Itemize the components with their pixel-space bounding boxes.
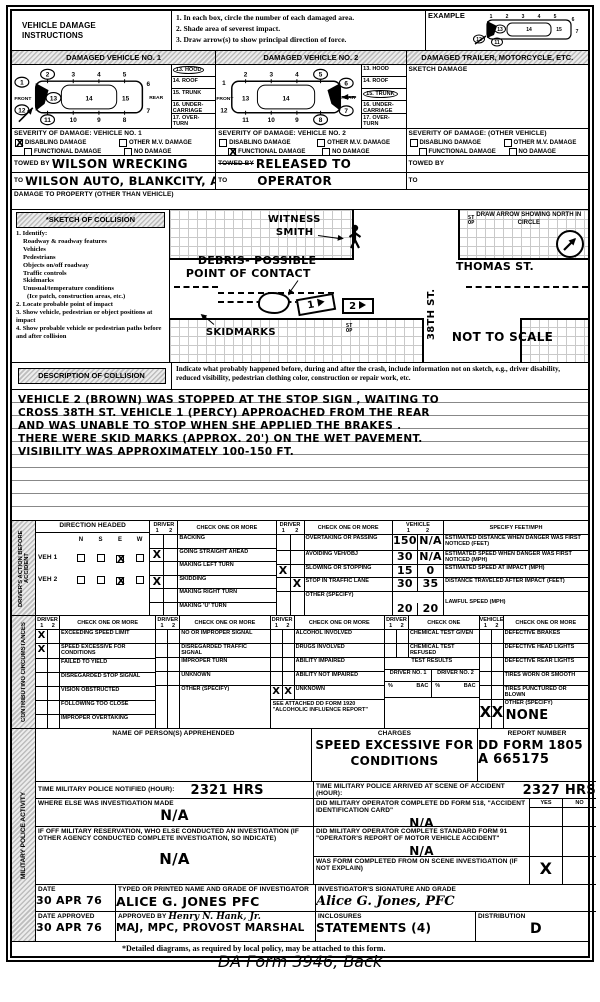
see-attached-dd1920-note: SEE ATTACHED DD FORM 1920 "ALCOHOLIC INF…: [271, 700, 384, 728]
contributing-section: CONTRIBUTING CIRCUMSTANCES DRIVER12CHECK…: [12, 616, 588, 729]
list-item-hood-circled[interactable]: 13. HOOD: [173, 66, 205, 74]
charges-value[interactable]: SPEED EXCESSIVE FOR CONDITIONS: [312, 738, 477, 769]
example-car-diagram: 1 2 3 4 5 6 7 13 14 15 12 11: [467, 11, 585, 47]
checkbox-d1[interactable]: [36, 715, 48, 728]
description-header-row: DESCRIPTION OF COLLISION Indicate what p…: [12, 363, 588, 390]
description-of-collision-header: DESCRIPTION OF COLLISION: [18, 368, 166, 384]
action-label: SLOWING OR STOPPING: [305, 565, 392, 578]
checkbox-v1[interactable]: [480, 630, 492, 643]
driver-header: DRIVER: [150, 521, 177, 528]
debris-label-line1: DEBRIS- POSSIBLE: [198, 254, 316, 267]
checkbox-d1[interactable]: [277, 535, 291, 550]
checkbox-d2[interactable]: [164, 549, 178, 562]
circumstance-label: IMPROPER TURN: [180, 658, 269, 671]
vehicle-2-value[interactable]: 35: [418, 578, 443, 591]
checkbox-d2[interactable]: [48, 715, 60, 728]
svg-text:8: 8: [319, 117, 323, 124]
onscene-no-box[interactable]: [563, 857, 596, 884]
circumstance-label: FAILED TO YIELD: [60, 659, 155, 672]
towed-by-value-v2[interactable]: RELEASED TO: [256, 157, 351, 171]
towed-by-label-struck: TOWED BY: [216, 159, 256, 168]
chem-blank-area: [385, 698, 479, 728]
time-notified-value[interactable]: 2321 HRS: [190, 783, 263, 798]
property-damage-row: DAMAGE TO PROPERTY (OTHER THAN VEHICLE): [12, 190, 588, 210]
onscene-yes-box[interactable]: X: [530, 857, 563, 884]
action-label: STOP IN TRAFFIC LANE: [305, 578, 392, 591]
north-arrow-note: DRAW ARROW SHOWING NORTH IN CIRCLE: [470, 212, 588, 228]
investigator-signature[interactable]: Alice G. Jones, PFC: [316, 894, 596, 909]
vehicle-1-area-list: 13. HOOD 14. ROOF 15. TRUNK 16. UNDER-CA…: [172, 65, 216, 128]
form-title: VEHICLE DAMAGE INSTRUCTIONS: [20, 20, 110, 40]
check-one-or-more-header: CHECK ONE OR MORE: [305, 521, 392, 534]
inclosures-label: INCLOSURES: [316, 912, 475, 921]
svg-text:5: 5: [123, 72, 127, 79]
checkbox-d2[interactable]: [48, 673, 60, 686]
list-item-overturn[interactable]: 17. OVER-TURN: [172, 114, 215, 126]
sketch-instr: Pedestrians: [16, 254, 167, 262]
sf91-no-box[interactable]: [563, 827, 596, 856]
instruction-1: 1. In each box, circle the number of eac…: [176, 13, 421, 24]
form-caption: DA Form 3946, Back: [0, 952, 600, 971]
description-line-empty[interactable]: [12, 494, 588, 507]
compass-s: S: [91, 533, 111, 547]
checkbox-d2[interactable]: [164, 589, 178, 602]
defect-label: DEFECTIVE HEAD LIGHTS: [504, 644, 588, 657]
checkbox-d2[interactable]: [168, 658, 180, 671]
distribution-label: DISTRIBUTION: [476, 912, 596, 921]
svg-text:13: 13: [497, 27, 503, 33]
damaged-vehicle-2-header: DAMAGED VEHICLE NO. 2: [216, 51, 406, 64]
svg-text:10: 10: [70, 117, 78, 124]
description-line-empty[interactable]: [12, 468, 588, 481]
svg-text:2: 2: [244, 72, 248, 79]
checkbox-d1[interactable]: [36, 701, 48, 714]
checkbox-d2[interactable]: X: [291, 578, 305, 591]
action-label: MAKING LEFT TURN: [178, 562, 275, 575]
vehicle-2-area-list: 13. HOOD 14. ROOF 15. TRUNK 16. UNDER-CA…: [362, 65, 406, 128]
sketch-instr: (Ice patch, construction areas, etc.): [16, 293, 167, 301]
list-item-roof[interactable]: 14. ROOF: [362, 77, 405, 89]
sketch-instr: 1. Identify:: [16, 230, 167, 238]
defect-label: DEFECTIVE REAR LIGHTS: [504, 658, 588, 671]
checkbox-d1[interactable]: [271, 630, 283, 643]
checkbox-d2[interactable]: [164, 535, 178, 548]
checkbox-d1[interactable]: X: [271, 686, 283, 699]
chemical-test-label: CHEMICAL TEST REFUSED: [409, 644, 479, 657]
veh1-label: VEH 1: [36, 553, 71, 562]
svg-text:3: 3: [270, 72, 274, 79]
svg-text:1: 1: [490, 14, 493, 20]
svg-text:12: 12: [220, 107, 228, 114]
debris-label-line2: POINT OF CONTACT: [186, 267, 311, 280]
veh1-north-checkbox[interactable]: [77, 554, 85, 562]
collision-sketch-canvas[interactable]: WITNESS SMITH DEBRIS- POSSIBLE POINT OF …: [170, 210, 588, 362]
severity-v1-title: SEVERITY OF DAMAGE: VEHICLE NO. 1: [12, 129, 215, 138]
checkbox-d2[interactable]: [164, 576, 178, 589]
report-number-line1[interactable]: DD FORM 1805: [478, 738, 596, 752]
checkbox-d2[interactable]: [397, 630, 409, 643]
svg-text:6: 6: [345, 81, 349, 88]
circumstance-label: NO OR IMPROPER SIGNAL: [180, 630, 269, 643]
skidmarks-label: SKIDMARKS: [206, 327, 276, 338]
description-lines: VEHICLE 2 (BROWN) WAS STOPPED AT THE STO…: [12, 390, 588, 521]
report-number-header: REPORT NUMBER: [478, 729, 596, 738]
off-reservation-label: IF OFF MILITARY RESERVATION, WHO ELSE CO…: [36, 827, 313, 844]
towed-to-row: TO WILSON AUTO, BLANKCITY, AL TO OPERATO…: [12, 173, 588, 190]
distribution-value[interactable]: D: [476, 921, 596, 937]
functional-damage-label: FUNCTIONAL DAMAGE: [238, 148, 305, 155]
list-item-trunk[interactable]: 15. TRUNK: [172, 89, 215, 101]
svg-text:4: 4: [97, 72, 101, 79]
functional-damage-checkbox[interactable]: X: [228, 148, 236, 155]
vehicle-header: VEHICLE: [393, 521, 443, 528]
svg-text:7: 7: [576, 29, 579, 35]
drivers-action-strip-label: DRIVER'S ACTION BEFORE ACCIDENT: [18, 522, 30, 615]
checkbox-d2[interactable]: [164, 562, 178, 575]
list-item-hood[interactable]: 13. HOOD: [362, 65, 405, 77]
veh1-west-checkbox[interactable]: [136, 554, 144, 562]
vehicle-1-value[interactable]: 150: [393, 535, 418, 550]
checkbox-v1[interactable]: [480, 686, 492, 699]
towed-by-value-v1[interactable]: WILSON WRECKING: [52, 157, 188, 171]
dd518-yes-box[interactable]: [530, 808, 562, 822]
functional-damage-label: FUNCTIONAL DAMAGE: [429, 148, 496, 155]
vehicle-1-damage-diagram[interactable]: 1 2 3 4 5 6 FRONT 13 14 15 REAR 12 11 10…: [12, 65, 172, 127]
towed-by-label: TOWED BY: [12, 159, 52, 168]
circumstance-label: FOLLOWING TOO CLOSE: [60, 701, 155, 714]
no-damage-checkbox[interactable]: [322, 148, 330, 155]
svg-text:9: 9: [97, 117, 101, 124]
checkbox-v2[interactable]: [492, 686, 504, 699]
driver-header: DRIVER: [271, 616, 294, 623]
disabling-damage-checkbox[interactable]: [219, 139, 227, 147]
functional-damage-checkbox[interactable]: [24, 148, 32, 155]
not-to-scale-label: NOT TO SCALE: [452, 330, 553, 344]
approved-by-label: APPROVED BY: [116, 912, 168, 922]
checkbox-d1[interactable]: [156, 644, 168, 657]
yes-header: YES: [530, 799, 562, 808]
no-header: NO: [563, 799, 596, 808]
time-arrived-value[interactable]: 2327 HRS: [523, 783, 596, 798]
checkbox-d1[interactable]: X: [36, 644, 48, 658]
description-line-empty[interactable]: [12, 481, 588, 494]
veh2-west-checkbox[interactable]: [136, 576, 144, 584]
checkbox-v1[interactable]: [480, 658, 492, 671]
sf91-yes-box[interactable]: [530, 827, 563, 856]
vehicle-1-value[interactable]: 30: [393, 551, 418, 564]
example-label: EXAMPLE: [426, 11, 467, 50]
checkbox-d1[interactable]: [36, 659, 48, 672]
vehicle-2-value[interactable]: N/A: [418, 535, 443, 550]
instructions-row: VEHICLE DAMAGE INSTRUCTIONS 1. In each b…: [12, 11, 588, 51]
checkbox-v2[interactable]: [492, 630, 504, 643]
circumstance-label: OTHER (SPECIFY): [180, 686, 269, 728]
off-reservation-value[interactable]: N/A: [36, 850, 313, 868]
specify-label: ESTIMATED SPEED WHEN DANGER WAS FIRST NO…: [444, 551, 588, 564]
checkbox-d1[interactable]: [277, 592, 291, 616]
date-value[interactable]: 30 APR 76: [36, 894, 115, 907]
action-label: SKIDDING: [178, 576, 275, 589]
specify-label: ESTIMATED SPEED AT IMPACT (MPH): [444, 565, 588, 578]
checkbox-d1[interactable]: [156, 630, 168, 643]
where-else-label: WHERE ELSE WAS INVESTIGATION MADE: [36, 799, 313, 808]
checkbox-d2[interactable]: [397, 644, 409, 657]
description-instructions: Indicate what probably happened before, …: [172, 363, 588, 389]
to-value-v1[interactable]: WILSON AUTO, BLANKCITY, AL: [25, 174, 216, 188]
checkbox-d1[interactable]: [150, 562, 164, 575]
no-damage-label: NO DAMAGE: [332, 148, 369, 155]
checkbox-d1[interactable]: [156, 672, 168, 685]
checkbox-d2[interactable]: [168, 630, 180, 643]
checkbox-d2[interactable]: [291, 551, 305, 564]
checkbox-d2[interactable]: [168, 686, 180, 728]
checkbox-d2[interactable]: [48, 701, 60, 714]
checkbox-d1[interactable]: [150, 603, 164, 616]
checkbox-v2[interactable]: [492, 644, 504, 657]
sketch-instr: Traffic controls: [16, 270, 167, 278]
list-item-undercarriage[interactable]: 16. UNDER-CARRIAGE: [362, 101, 405, 114]
svg-text:15: 15: [122, 95, 130, 102]
checkbox-v2[interactable]: [492, 658, 504, 671]
checkbox-d2[interactable]: [291, 535, 305, 550]
sketch-instr: 2. Locate probable point of impact: [16, 301, 167, 309]
checkbox-d2[interactable]: [48, 630, 60, 643]
veh2-south-checkbox[interactable]: [97, 576, 105, 584]
witness-arrow: [318, 235, 342, 239]
sketch-instr: Unusual/temperature conditions: [16, 285, 167, 293]
test-results-header: TEST RESULTS: [385, 658, 479, 669]
checkbox-d1[interactable]: [277, 578, 291, 591]
other-mv-damage-checkbox[interactable]: [504, 139, 512, 147]
checkbox-d1[interactable]: [271, 658, 283, 671]
disabling-damage-checkbox[interactable]: [410, 139, 418, 147]
circumstance-label: EXCEEDING SPEED LIMIT: [60, 630, 155, 643]
percent-label: %: [434, 683, 455, 696]
sketch-of-collision-header: *SKETCH OF COLLISION: [16, 212, 165, 228]
checkbox-d1[interactable]: X: [150, 549, 164, 562]
checkbox-d1[interactable]: [36, 673, 48, 686]
other-specify-value[interactable]: NONE: [504, 708, 588, 723]
checkbox-v2-other[interactable]: X: [492, 700, 504, 728]
svg-text:2: 2: [506, 14, 509, 20]
date-approved-label: DATE APPROVED: [36, 912, 115, 921]
compass-n: N: [71, 533, 91, 547]
circumstance-label: ALCOHOL INVOLVED: [295, 630, 384, 643]
description-line-empty[interactable]: [12, 507, 588, 520]
investigator-name-label: TYPED OR PRINTED NAME AND GRADE OF INVES…: [116, 885, 315, 894]
svg-text:4: 4: [295, 72, 299, 79]
other-mv-damage-checkbox[interactable]: [317, 139, 325, 147]
report-number-line2[interactable]: A 665175: [478, 752, 596, 767]
approved-by-value[interactable]: MAJ, MPC, PROVOST MARSHAL: [116, 922, 315, 934]
checkbox-d2[interactable]: [291, 592, 305, 616]
driver-header: DRIVER: [156, 616, 179, 623]
svg-text:11: 11: [242, 117, 249, 124]
list-item-undercarriage[interactable]: 16. UNDER-CARRIAGE: [172, 101, 215, 114]
north-arrow-circle[interactable]: [554, 228, 586, 260]
inclosures-value[interactable]: STATEMENTS (4): [316, 921, 475, 935]
investigator-name-value[interactable]: ALICE G. JONES PFC: [116, 894, 315, 909]
vehicle-2-damage-diagram[interactable]: 1 2 3 4 5 6 FRONT 13 14 REAR 12 11 10 9 …: [216, 65, 362, 127]
vehicle-2-value[interactable]: 0: [418, 565, 443, 578]
svg-text:13: 13: [50, 95, 58, 102]
no-damage-checkbox[interactable]: [509, 148, 517, 155]
circumstance-label: SPEED EXCESSIVE FOR CONDITIONS: [60, 644, 155, 658]
dd518-label: DID MILITARY OPERATOR COMPLETE DD FORM 5…: [314, 799, 529, 816]
svg-text:10: 10: [268, 117, 276, 124]
veh2-north-checkbox[interactable]: [77, 576, 85, 584]
checkbox-d1[interactable]: [271, 672, 283, 685]
checkbox-d1[interactable]: X: [277, 565, 291, 578]
checkbox-d1[interactable]: [271, 644, 283, 657]
other-mv-damage-label: OTHER M.V. DAMAGE: [514, 139, 577, 147]
specify-label: ESTIMATED DISTANCE WHEN DANGER WAS FIRST…: [444, 535, 588, 550]
checkbox-d1[interactable]: [385, 644, 397, 657]
sketch-instr: Objects on/off roadway: [16, 262, 167, 270]
disabling-damage-checkbox[interactable]: X: [15, 139, 23, 147]
checkbox-d2[interactable]: [48, 659, 60, 672]
action-label: BACKING: [178, 535, 275, 548]
vehicle-2-value[interactable]: N/A: [418, 551, 443, 564]
investigator-signature-label: INVESTIGATOR'S SIGNATURE AND GRADE: [316, 885, 596, 894]
checkbox-d2[interactable]: [48, 687, 60, 700]
svg-text:REAR: REAR: [341, 95, 355, 101]
svg-text:14: 14: [283, 95, 291, 102]
witness-label-line2: SMITH: [276, 227, 314, 238]
action-label: OVERTAKING OR PASSING: [305, 535, 392, 550]
checkbox-d1[interactable]: [150, 589, 164, 602]
form-border: VEHICLE DAMAGE INSTRUCTIONS 1. In each b…: [6, 5, 594, 962]
list-item-roof[interactable]: 14. ROOF: [172, 77, 215, 89]
svg-text:7: 7: [147, 108, 151, 115]
date-label: DATE: [36, 885, 115, 894]
checkbox-d2[interactable]: [164, 603, 178, 616]
sketch-damage-area[interactable]: [407, 74, 588, 118]
svg-text:15: 15: [556, 27, 562, 33]
specify-header: SPECIFY FEET/MPH: [444, 521, 588, 534]
checkbox-d1[interactable]: [156, 658, 168, 671]
svg-text:6: 6: [147, 81, 151, 88]
action-label: OTHER (SPECIFY): [305, 592, 392, 616]
damaged-vehicle-1-header: DAMAGED VEHICLE NO. 1: [12, 51, 216, 64]
specify-label: DISTANCE TRAVELED AFTER IMPACT (FEET): [444, 578, 588, 591]
defect-label: TIRES PUNCTURED OR BLOWN: [504, 686, 588, 699]
svg-text:12: 12: [18, 107, 26, 114]
action-label: MAKING 'U' TURN: [178, 603, 275, 616]
vehicle-1-value[interactable]: 15: [393, 565, 418, 578]
veh2-label: VEH 2: [36, 575, 71, 584]
checkbox-d2[interactable]: [283, 672, 295, 685]
where-else-value[interactable]: N/A: [36, 808, 313, 824]
checkbox-d1[interactable]: [156, 686, 168, 728]
sketch-section: *SKETCH OF COLLISION 1. Identify: Roadwa…: [12, 210, 588, 363]
approved-by-signature[interactable]: Henry N. Hank, Jr.: [168, 912, 260, 922]
charges-header: CHARGES: [312, 729, 477, 738]
functional-damage-checkbox[interactable]: [419, 148, 427, 155]
drivers-action-section: DRIVER'S ACTION BEFORE ACCIDENT DIRECTIO…: [12, 521, 588, 616]
checkbox-d2[interactable]: [48, 644, 60, 658]
checkbox-v1[interactable]: [480, 672, 492, 685]
svg-text:5: 5: [319, 72, 323, 79]
checkbox-d1[interactable]: [36, 687, 48, 700]
section-headers: DAMAGED VEHICLE NO. 1 DAMAGED VEHICLE NO…: [12, 51, 588, 65]
sketch-vehicle-2: 2: [342, 298, 374, 314]
checkbox-d2[interactable]: [168, 644, 180, 657]
dd518-value[interactable]: N/A: [314, 816, 529, 826]
time-arrived-label: TIME MILITARY POLICE ARRIVED AT SCENE OF…: [314, 782, 523, 798]
svg-text:7: 7: [345, 108, 349, 115]
da-form-3946-back: VEHICLE DAMAGE INSTRUCTIONS 1. In each b…: [0, 0, 600, 1002]
sf91-value[interactable]: N/A: [314, 844, 529, 858]
svg-text:3: 3: [71, 72, 75, 79]
svg-text:8: 8: [123, 117, 127, 124]
sf91-label: DID MILITARY OPERATOR COMPLETE STANDARD …: [314, 827, 529, 844]
check-one-or-more-header: CHECK ONE OR MORE: [60, 616, 155, 629]
no-damage-checkbox[interactable]: [124, 148, 132, 155]
other-mv-damage-checkbox[interactable]: [119, 139, 127, 147]
list-item-overturn[interactable]: 17. OVER-TURN: [362, 114, 405, 126]
veh2-east-checkbox[interactable]: X: [116, 577, 124, 585]
sketch-instr: 3. Show vehicle, pedestrian or object po…: [16, 309, 167, 325]
witness-stick-figure: [348, 224, 362, 250]
svg-text:14: 14: [85, 95, 93, 102]
checkbox-v1-other[interactable]: X: [480, 700, 492, 728]
centerline-west: [174, 286, 218, 288]
vehicle-1-value[interactable]: 20: [393, 603, 418, 615]
sketch-damage-label: SKETCH DAMAGE: [407, 65, 588, 74]
instruction-2: 2. Shade area of severest impact.: [176, 24, 421, 35]
checkbox-d2[interactable]: [283, 644, 295, 657]
checkbox-d1[interactable]: X: [36, 630, 48, 643]
list-item-trunk-circled[interactable]: 15. TRUNK: [363, 90, 397, 98]
to-value-v2[interactable]: OPERATOR: [257, 174, 332, 188]
checkbox-v2[interactable]: [492, 672, 504, 685]
veh1-east-checkbox[interactable]: X: [116, 555, 124, 563]
to-label: TO: [216, 176, 229, 185]
checkbox-d1[interactable]: X: [150, 576, 164, 589]
date-approved-value[interactable]: 30 APR 76: [36, 921, 115, 934]
checkbox-d2[interactable]: [168, 672, 180, 685]
checkbox-d1[interactable]: [150, 535, 164, 548]
driver-header: DRIVER: [385, 616, 408, 623]
checkbox-d2[interactable]: [291, 565, 305, 578]
svg-text:11: 11: [494, 40, 500, 46]
checkbox-d2[interactable]: [283, 658, 295, 671]
instruction-3: 3. Draw arrow(s) to show principal direc…: [176, 35, 421, 46]
driver-no-1-header: DRIVER NO. 1: [385, 670, 432, 681]
checkbox-d2[interactable]: [283, 630, 295, 643]
stop-sign-south: STOP: [346, 324, 354, 334]
debris-blob: [258, 292, 290, 314]
checkbox-d1[interactable]: [277, 551, 291, 564]
svg-text:1: 1: [20, 80, 24, 87]
time-notified-label: TIME MILITARY POLICE NOTIFIED (HOUR):: [36, 785, 176, 794]
description-line[interactable]: VISIBILITY WAS APPROXIMATELY 100-150 FT.: [18, 446, 294, 458]
checkbox-v1[interactable]: [480, 644, 492, 657]
chemical-test-label: CHEMICAL TEST GIVEN: [409, 630, 479, 643]
vehicle-1-value[interactable]: 30: [393, 578, 418, 591]
check-one-or-more-header: CHECK ONE OR MORE: [504, 616, 588, 629]
sketch-instr: Skidmarks: [16, 277, 167, 285]
veh1-south-checkbox[interactable]: [97, 554, 105, 562]
property-damage-label: DAMAGE TO PROPERTY (OTHER THAN VEHICLE): [12, 190, 588, 199]
other-specify-label: OTHER (SPECIFY): [504, 700, 588, 708]
dd518-no-box[interactable]: [563, 808, 596, 822]
checkbox-d1[interactable]: [385, 630, 397, 643]
vehicle-2-value[interactable]: 20: [418, 603, 443, 615]
checkbox-d2[interactable]: X: [283, 686, 295, 699]
circumstance-label: DISREGARDED STOP SIGNAL: [60, 673, 155, 686]
